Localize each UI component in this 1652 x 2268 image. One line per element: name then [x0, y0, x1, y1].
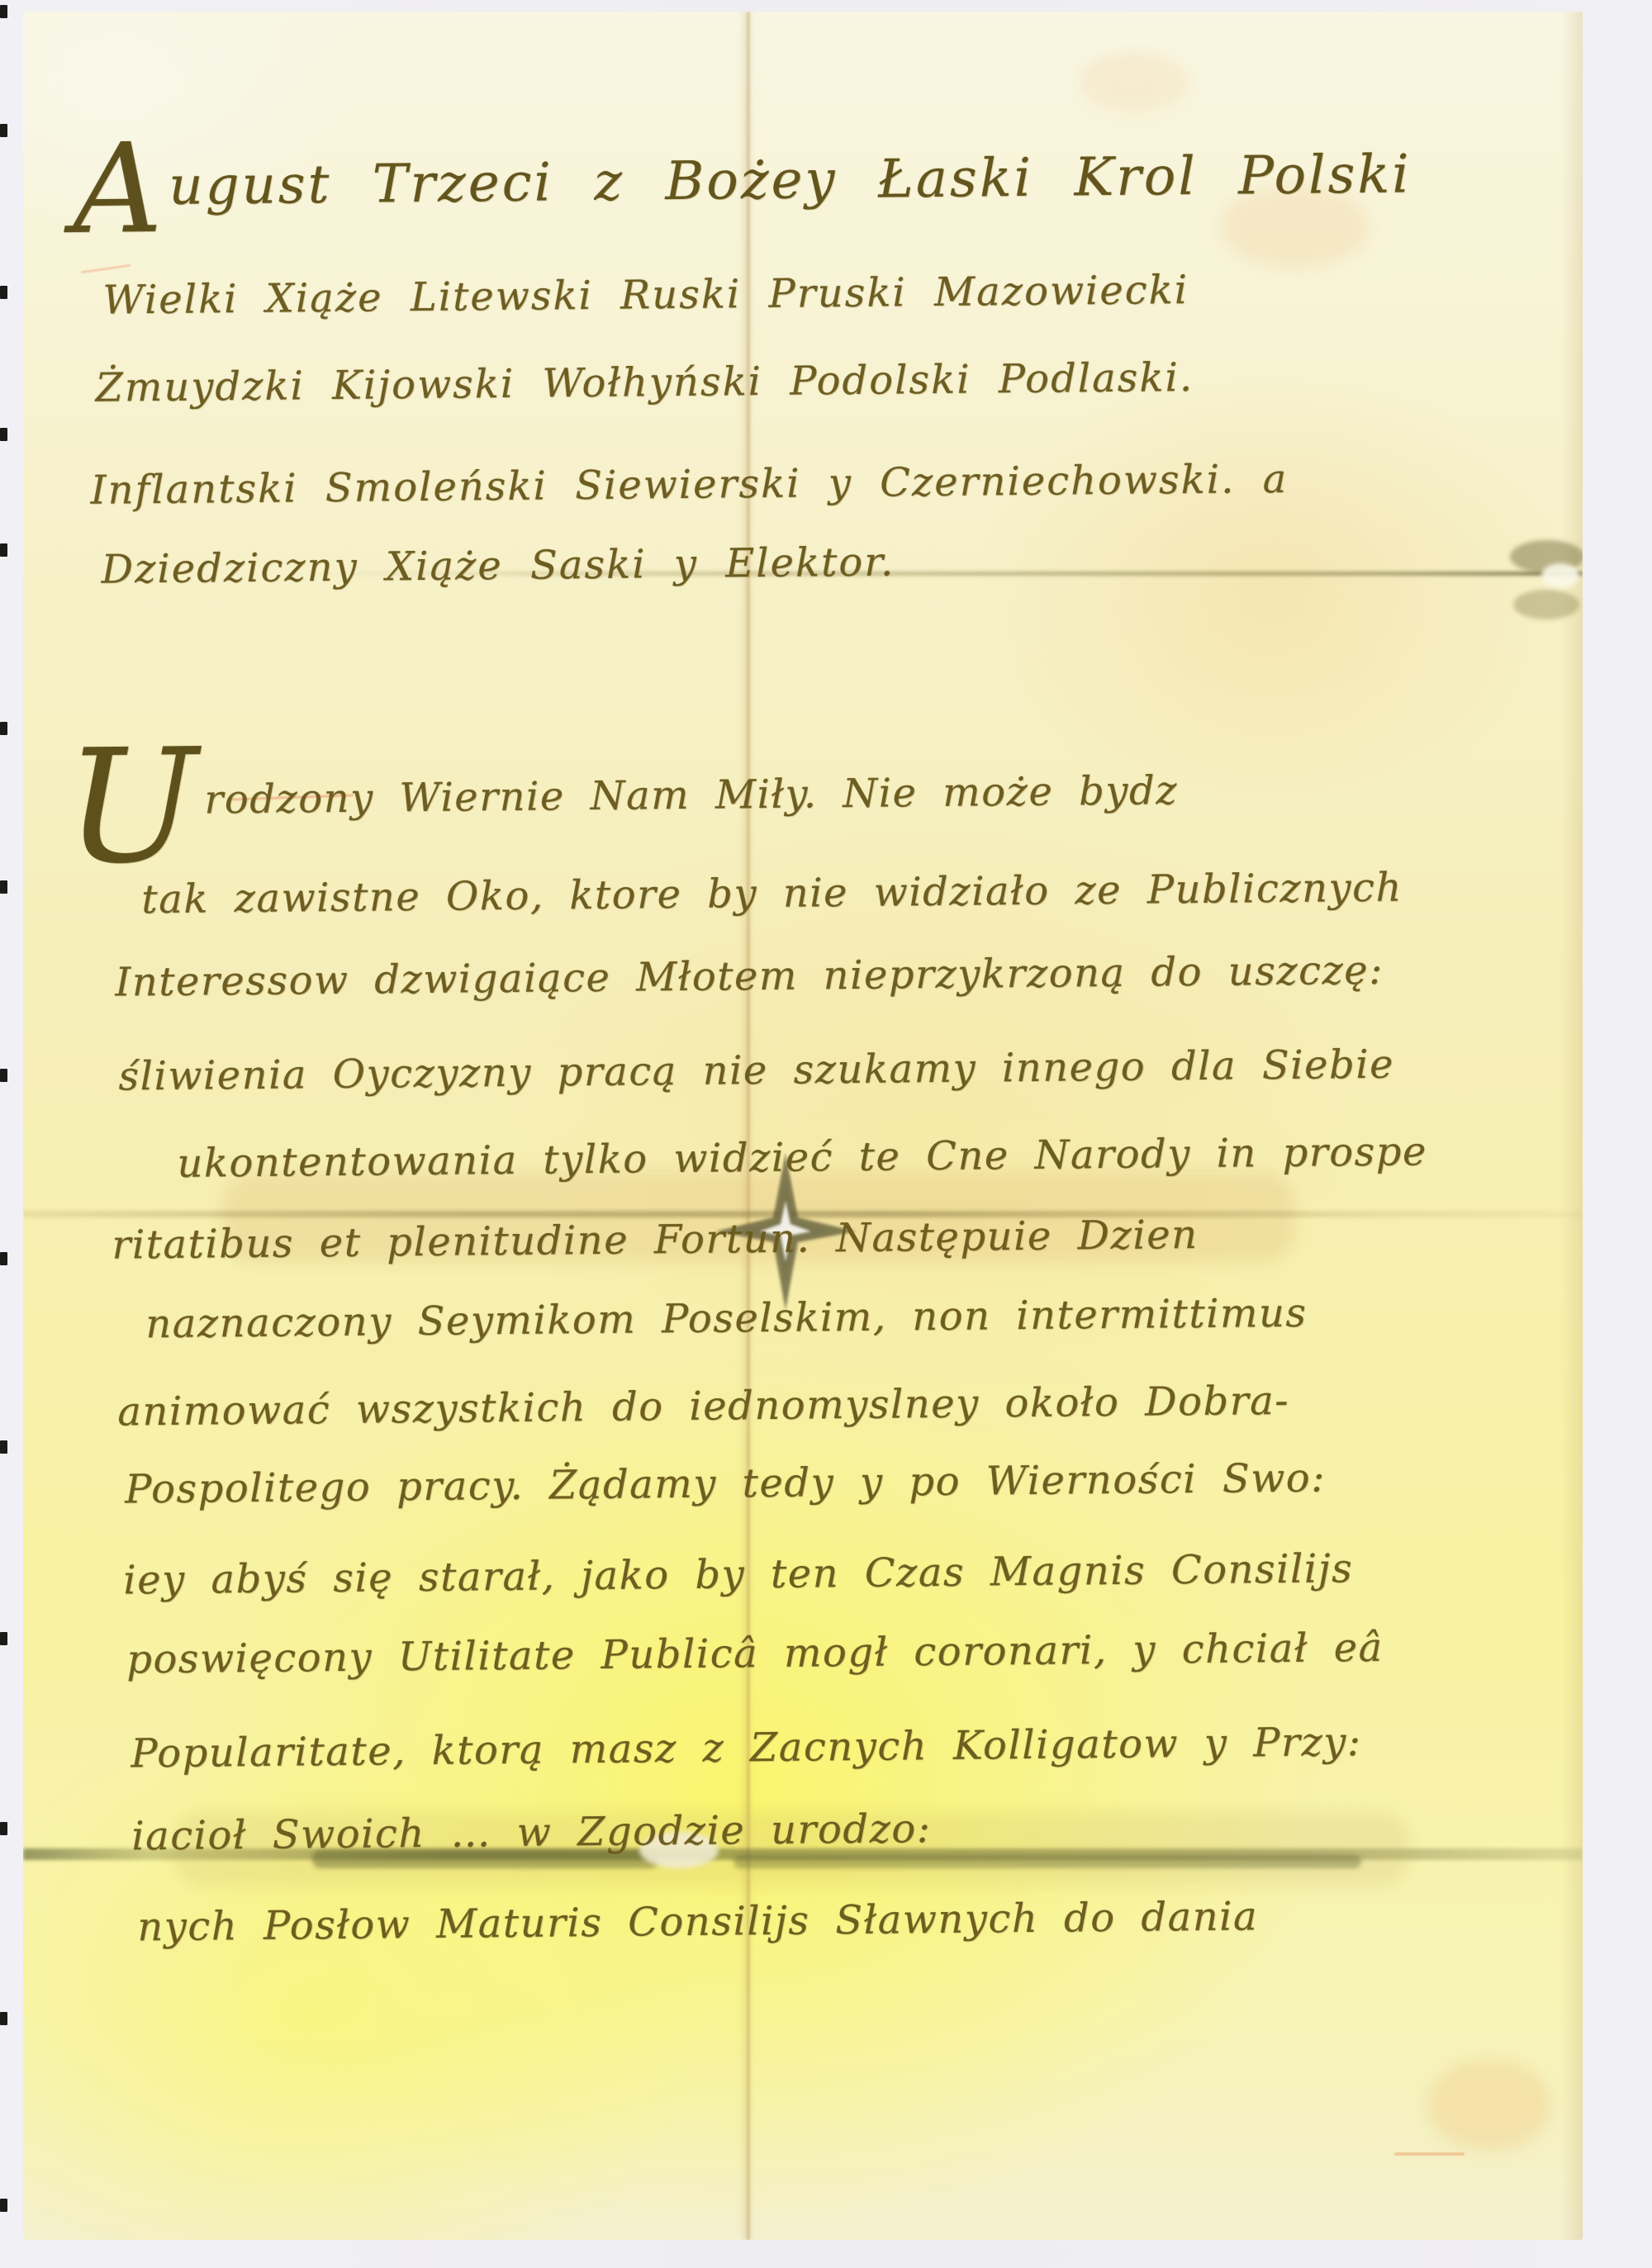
scan-artifact: [0, 2199, 7, 2212]
body-line-8: animować wszystkich do iednomyslney okoł…: [117, 1378, 1289, 1435]
scan-artifact: [0, 722, 7, 735]
heading-line-1: August Trzeci z Bożey Łaski Krol Polski: [73, 144, 1412, 218]
scan-artifact: [0, 286, 7, 299]
body-line-2: tak zawistne Oko, ktore by nie widziało …: [141, 865, 1403, 923]
scan-artifact: [0, 1252, 7, 1265]
body-line-3: Interessow dzwigaiące Młotem nieprzykrzo…: [115, 947, 1384, 1006]
body-initial: U: [64, 715, 198, 899]
body-line-11: poswięcony Utilitate Publicâ mogł corona…: [126, 1625, 1384, 1683]
scan-artifact: [0, 543, 7, 557]
body-line-4: śliwienia Oyczyzny pracą nie szukamy inn…: [118, 1041, 1394, 1100]
body-line-6: ritatibus et plenitudine Fortun. Następu…: [112, 1212, 1199, 1269]
body-line-13: iacioł Swoich … w Zgodzie urodzo:: [131, 1805, 932, 1859]
scan-artifact: [0, 880, 7, 894]
body-line-7: naznaczony Seymikom Poselskim, non inter…: [145, 1290, 1308, 1347]
body-line-9: Pospolitego pracy. Żądamy tedy y po Wier…: [125, 1455, 1326, 1513]
heading-line-1-text: ugust Trzeci z Bożey Łaski Krol Polski: [169, 144, 1412, 216]
scanner-background: August Trzeci z Bożey Łaski Krol Polski …: [0, 0, 1652, 2268]
body-line-1-text: rodzony Wiernie Nam Miły. Nie może bydz: [204, 767, 1178, 823]
scan-artifact: [0, 1069, 7, 1082]
handwritten-text: August Trzeci z Bożey Łaski Krol Polski …: [23, 12, 1583, 2240]
scan-artifact: [0, 5, 7, 18]
heading-line-4: Inflantski Smoleński Siewierski y Czerni…: [90, 456, 1288, 514]
document-page: August Trzeci z Bożey Łaski Krol Polski …: [23, 12, 1583, 2240]
body-line-5: ukontentowania tylko widzieć te Cne Naro…: [177, 1128, 1427, 1187]
body-line-1: Urodzony Wiernie Nam Miły. Nie może bydz: [65, 767, 1178, 824]
heading-line-2: Wielki Xiąże Litewski Ruski Pruski Mazow…: [102, 267, 1189, 324]
scan-artifact: [0, 1632, 7, 1645]
heading-line-5: Dziedziczny Xiąże Saski y Elektor.: [101, 539, 895, 592]
scan-artifact: [0, 1440, 7, 1454]
body-line-12: Popularitate, ktorą masz z Zacnych Kolli…: [131, 1719, 1362, 1777]
heading-initial: A: [72, 117, 163, 262]
body-line-14: nych Posłow Maturis Consilijs Sławnych d…: [137, 1893, 1258, 1950]
scan-artifact: [0, 2012, 7, 2025]
scan-artifact: [0, 1822, 7, 1835]
heading-line-3: Żmuydzki Kijowski Wołhyński Podolski Pod…: [95, 354, 1194, 411]
body-line-10: iey abyś się starał, jako by ten Czas Ma…: [123, 1545, 1353, 1603]
scan-artifact: [0, 124, 7, 137]
scan-artifact: [0, 428, 7, 441]
